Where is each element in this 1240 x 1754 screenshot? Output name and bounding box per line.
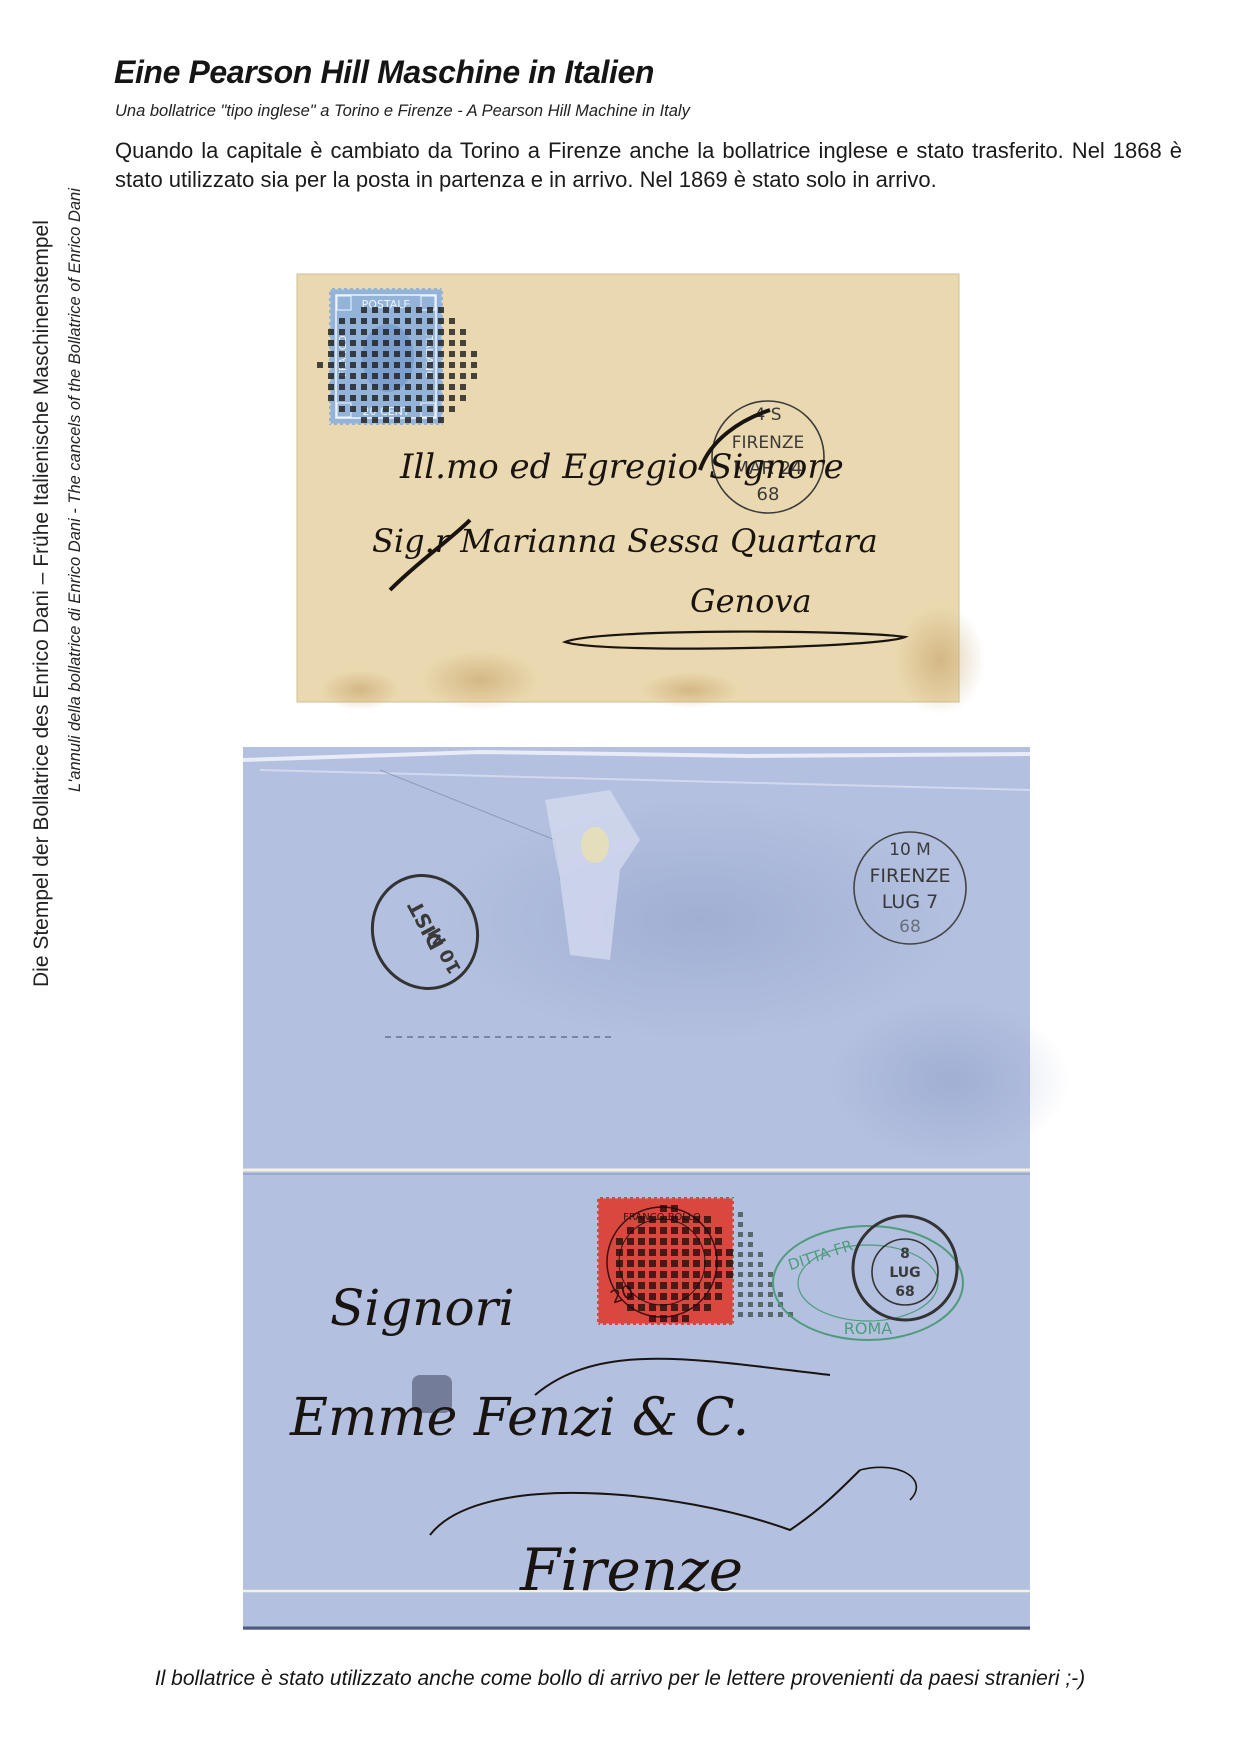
backstamp-right-line-1: 10 M — [889, 840, 931, 860]
address-line-1: Signori — [330, 1279, 514, 1337]
backstamp-right-line-3: LUG 7 — [882, 891, 938, 913]
company-stamp-bottom: ROMA — [844, 1319, 893, 1338]
datestamp-line-3: 68 — [895, 1284, 914, 1300]
address-line-1: Ill.mo ed Egregio Signore — [399, 447, 844, 487]
datestamp-line-1: 8 — [900, 1246, 910, 1262]
address-line-2: Emme Fenzi & C. — [289, 1388, 749, 1448]
address-line-3: Genova — [690, 582, 812, 620]
cover-folded-letter-1868: DIST 10 M 10 M FIRENZE LUG 7 68 FRANCO B… — [243, 747, 1070, 1630]
datestamp-line-4: 68 — [757, 484, 780, 505]
backstamp-right-line-2: FIRENZE — [870, 865, 951, 887]
cover-envelope-1868: POSTALE 20 CENT FRANCO ITALIANO 4 S FIRE… — [297, 274, 985, 715]
datestamp-line-2: LUG — [889, 1265, 920, 1281]
address-line-3: Firenze — [519, 1536, 743, 1604]
backstamp-right-line-4: 68 — [899, 917, 921, 937]
bottom-caption: Il bollatrice è stato utilizzato anche c… — [0, 1665, 1240, 1693]
